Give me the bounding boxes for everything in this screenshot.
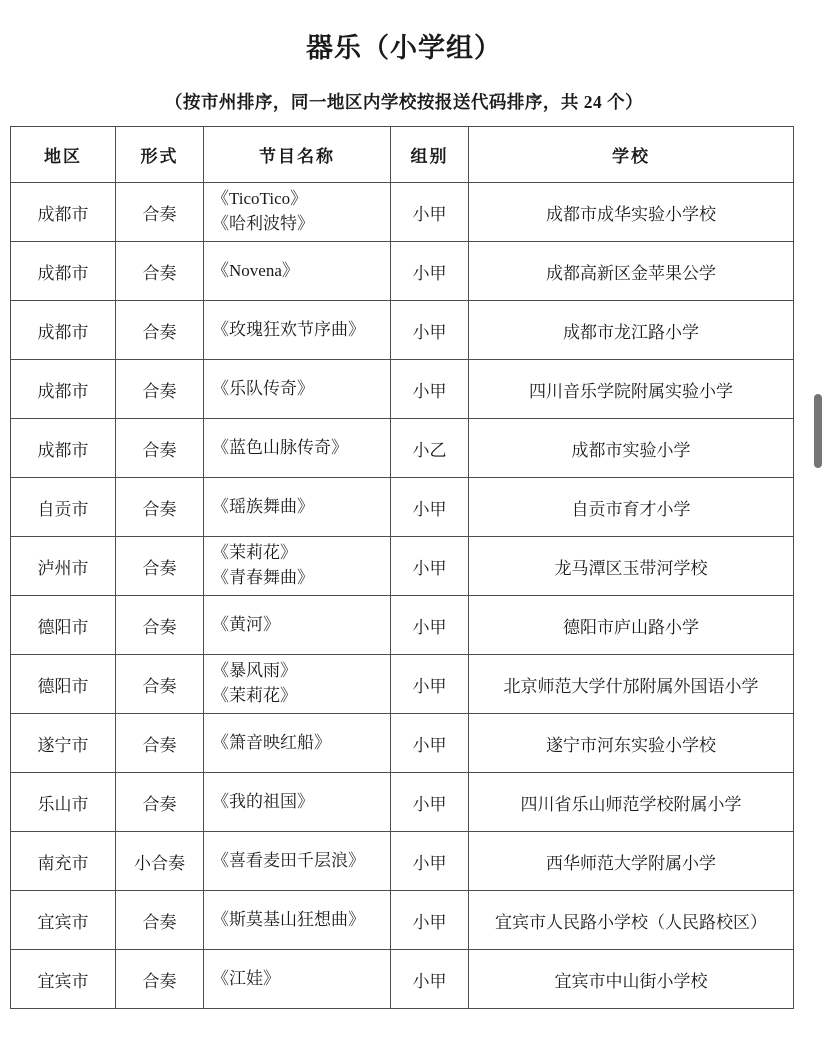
cell-region: 遂宁市: [11, 714, 116, 773]
scrollbar-thumb[interactable]: [814, 394, 822, 468]
table-row: 德阳市 合奏 《暴风雨》 《茉莉花》 小甲 北京师范大学什邡附属外国语小学: [11, 655, 794, 714]
cell-group: 小甲: [391, 360, 469, 419]
cell-school: 成都市实验小学: [469, 419, 794, 478]
cell-form: 合奏: [116, 596, 204, 655]
cell-form: 合奏: [116, 655, 204, 714]
cell-group: 小甲: [391, 478, 469, 537]
cell-school: 成都高新区金苹果公学: [469, 242, 794, 301]
program-table: 地区 形式 节目名称 组别 学校 成都市 合奏 《TicoTico》 《哈利波特…: [10, 126, 794, 1009]
table-body: 成都市 合奏 《TicoTico》 《哈利波特》 小甲 成都市成华实验小学校 成…: [11, 183, 794, 1009]
cell-program: 《蓝色山脉传奇》: [204, 419, 391, 478]
cell-form: 合奏: [116, 537, 204, 596]
cell-group: 小甲: [391, 301, 469, 360]
table-row: 成都市 合奏 《Novena》 小甲 成都高新区金苹果公学: [11, 242, 794, 301]
cell-form: 合奏: [116, 419, 204, 478]
cell-region: 自贡市: [11, 478, 116, 537]
cell-school: 成都市龙江路小学: [469, 301, 794, 360]
cell-region: 德阳市: [11, 596, 116, 655]
header-school: 学校: [469, 127, 794, 183]
cell-program: 《斯莫基山狂想曲》: [204, 891, 391, 950]
cell-region: 泸州市: [11, 537, 116, 596]
cell-form: 合奏: [116, 891, 204, 950]
table-row: 宜宾市 合奏 《江娃》 小甲 宜宾市中山街小学校: [11, 950, 794, 1009]
table-row: 德阳市 合奏 《黄河》 小甲 德阳市庐山路小学: [11, 596, 794, 655]
table-row: 成都市 合奏 《TicoTico》 《哈利波特》 小甲 成都市成华实验小学校: [11, 183, 794, 242]
cell-group: 小甲: [391, 773, 469, 832]
page-subtitle: （按市州排序，同一地区内学校按报送代码排序，共 24 个）: [0, 89, 808, 114]
cell-group: 小甲: [391, 655, 469, 714]
cell-school: 宜宾市人民路小学校（人民路校区）: [469, 891, 794, 950]
cell-form: 合奏: [116, 242, 204, 301]
table-row: 南充市 小合奏 《喜看麦田千层浪》 小甲 西华师范大学附属小学: [11, 832, 794, 891]
table-row: 自贡市 合奏 《瑶族舞曲》 小甲 自贡市育才小学: [11, 478, 794, 537]
cell-region: 宜宾市: [11, 891, 116, 950]
cell-region: 成都市: [11, 242, 116, 301]
table-row: 乐山市 合奏 《我的祖国》 小甲 四川省乐山师范学校附属小学: [11, 773, 794, 832]
cell-form: 小合奏: [116, 832, 204, 891]
header-group: 组别: [391, 127, 469, 183]
header-region: 地区: [11, 127, 116, 183]
cell-group: 小甲: [391, 891, 469, 950]
cell-form: 合奏: [116, 773, 204, 832]
cell-region: 宜宾市: [11, 950, 116, 1009]
cell-form: 合奏: [116, 714, 204, 773]
header-form: 形式: [116, 127, 204, 183]
cell-program: 《玫瑰狂欢节序曲》: [204, 301, 391, 360]
cell-school: 西华师范大学附属小学: [469, 832, 794, 891]
table-row: 泸州市 合奏 《茉莉花》 《青春舞曲》 小甲 龙马潭区玉带河学校: [11, 537, 794, 596]
cell-form: 合奏: [116, 183, 204, 242]
cell-region: 成都市: [11, 301, 116, 360]
table-row: 宜宾市 合奏 《斯莫基山狂想曲》 小甲 宜宾市人民路小学校（人民路校区）: [11, 891, 794, 950]
cell-group: 小乙: [391, 419, 469, 478]
cell-school: 宜宾市中山街小学校: [469, 950, 794, 1009]
cell-school: 德阳市庐山路小学: [469, 596, 794, 655]
cell-group: 小甲: [391, 596, 469, 655]
cell-region: 德阳市: [11, 655, 116, 714]
cell-form: 合奏: [116, 950, 204, 1009]
cell-group: 小甲: [391, 714, 469, 773]
cell-region: 成都市: [11, 183, 116, 242]
cell-program: 《乐队传奇》: [204, 360, 391, 419]
cell-program: 《江娃》: [204, 950, 391, 1009]
scrollbar-track[interactable]: [814, 0, 828, 1040]
cell-program: 《TicoTico》 《哈利波特》: [204, 183, 391, 242]
table-row: 成都市 合奏 《玫瑰狂欢节序曲》 小甲 成都市龙江路小学: [11, 301, 794, 360]
table-row: 遂宁市 合奏 《箫音映红船》 小甲 遂宁市河东实验小学校: [11, 714, 794, 773]
cell-region: 乐山市: [11, 773, 116, 832]
cell-program: 《喜看麦田千层浪》: [204, 832, 391, 891]
cell-form: 合奏: [116, 301, 204, 360]
cell-program: 《茉莉花》 《青春舞曲》: [204, 537, 391, 596]
cell-program: 《我的祖国》: [204, 773, 391, 832]
cell-form: 合奏: [116, 478, 204, 537]
table-row: 成都市 合奏 《乐队传奇》 小甲 四川音乐学院附属实验小学: [11, 360, 794, 419]
cell-program: 《瑶族舞曲》: [204, 478, 391, 537]
cell-region: 成都市: [11, 419, 116, 478]
cell-school: 四川音乐学院附属实验小学: [469, 360, 794, 419]
cell-form: 合奏: [116, 360, 204, 419]
cell-school: 龙马潭区玉带河学校: [469, 537, 794, 596]
cell-program: 《箫音映红船》: [204, 714, 391, 773]
cell-school: 遂宁市河东实验小学校: [469, 714, 794, 773]
cell-group: 小甲: [391, 183, 469, 242]
cell-program: 《黄河》: [204, 596, 391, 655]
cell-school: 四川省乐山师范学校附属小学: [469, 773, 794, 832]
table-row: 成都市 合奏 《蓝色山脉传奇》 小乙 成都市实验小学: [11, 419, 794, 478]
cell-program: 《暴风雨》 《茉莉花》: [204, 655, 391, 714]
header-program: 节目名称: [204, 127, 391, 183]
cell-region: 成都市: [11, 360, 116, 419]
cell-program: 《Novena》: [204, 242, 391, 301]
cell-group: 小甲: [391, 242, 469, 301]
cell-school: 成都市成华实验小学校: [469, 183, 794, 242]
table-header-row: 地区 形式 节目名称 组别 学校: [11, 127, 794, 183]
cell-school: 自贡市育才小学: [469, 478, 794, 537]
page-title: 器乐（小学组）: [0, 26, 808, 65]
cell-group: 小甲: [391, 832, 469, 891]
document-page: 器乐（小学组） （按市州排序，同一地区内学校按报送代码排序，共 24 个） 地区…: [0, 0, 828, 1040]
cell-group: 小甲: [391, 950, 469, 1009]
cell-group: 小甲: [391, 537, 469, 596]
cell-region: 南充市: [11, 832, 116, 891]
cell-school: 北京师范大学什邡附属外国语小学: [469, 655, 794, 714]
